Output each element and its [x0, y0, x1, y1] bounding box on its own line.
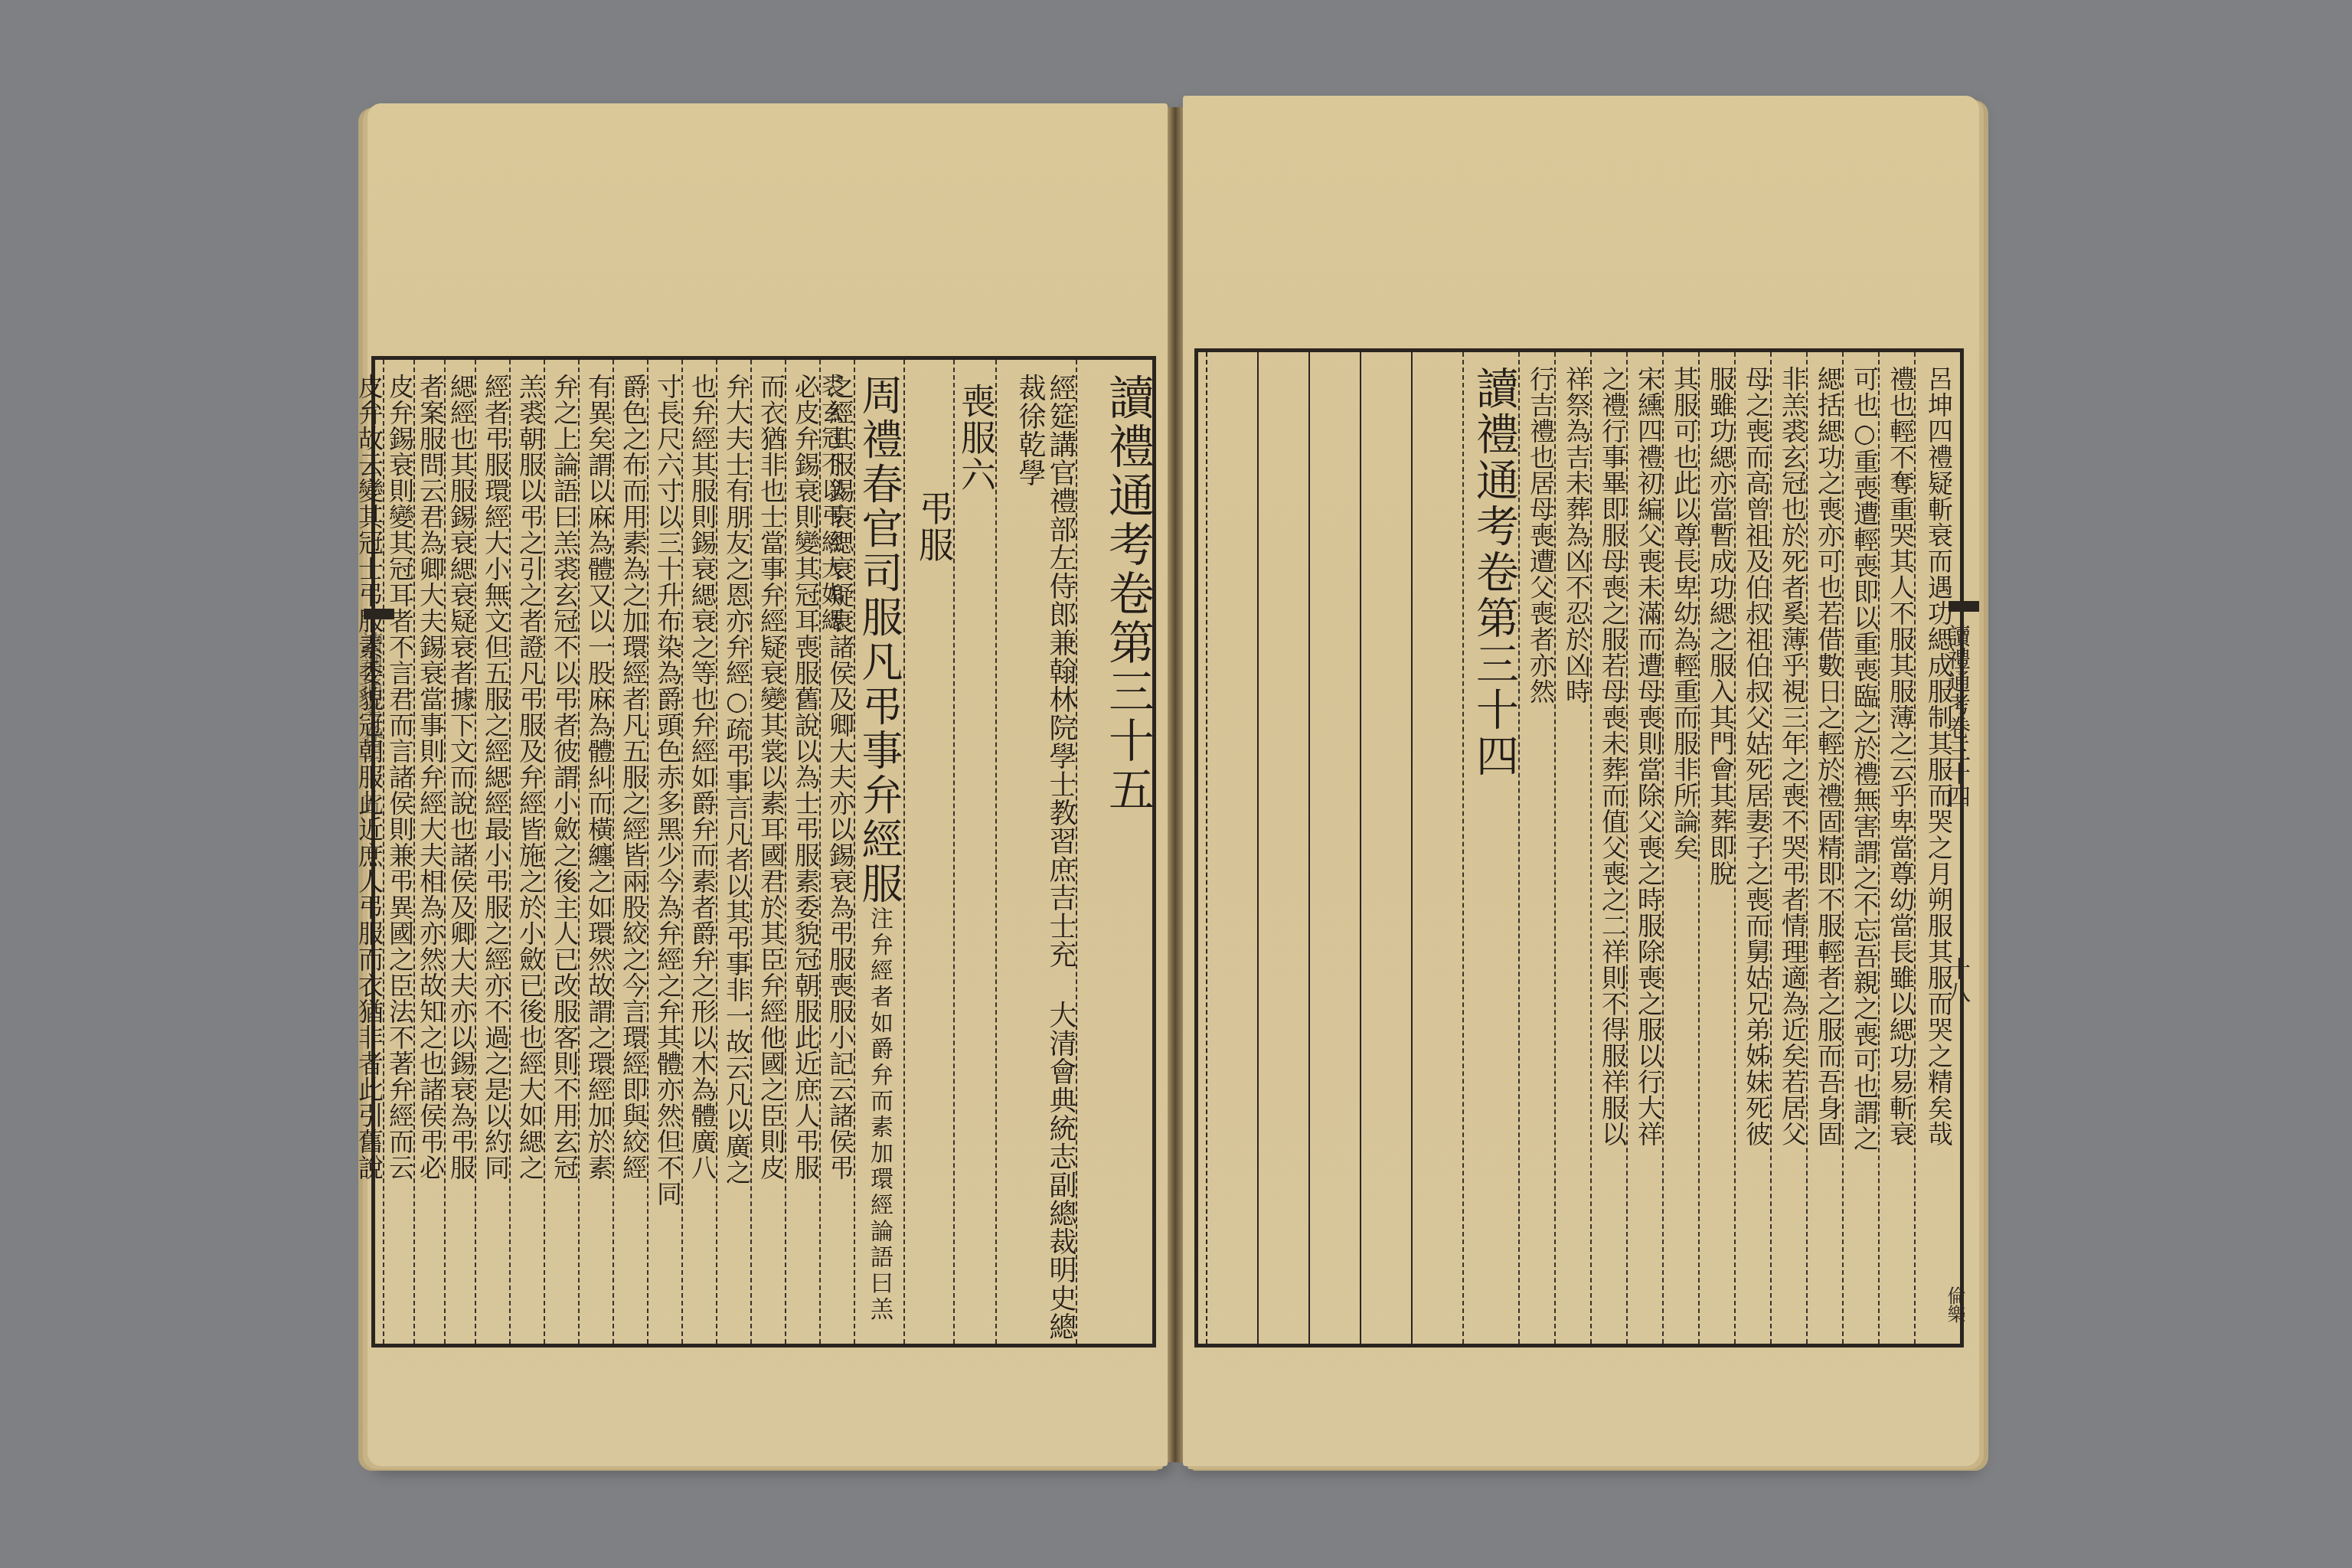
- text-column: 祥祭為吉未葬為凶不忍於凶時: [1554, 352, 1590, 1344]
- text-column: 服雖功緦亦當暫成功緦之服入其門會其葬即脫: [1698, 352, 1734, 1344]
- text-column: 皮弁故云變其冠士弔服素委貌冠朝服此近庶人弔服而衣猶非者此引舊說: [352, 360, 383, 1344]
- volume-title-35: 讀禮通考卷第三十五: [1076, 360, 1152, 1344]
- text-column: 宋纁四禮初編父喪未滿而遭母喪則當除父喪之時服除喪之服以行大祥: [1626, 352, 1662, 1344]
- text-column: 非羔裘玄冠也於死者奚薄乎視三年之喪不哭弔者情理適為近矣若居父: [1770, 352, 1806, 1344]
- text-column: 弁大夫士有朋友之恩亦弁經○疏弔事言凡者以其弔事非一故云凡以廣之: [716, 360, 750, 1344]
- text-column: 之禮行事畢即服母喪之服若母喪未葬而值父喪之二祥則不得服祥服以: [1590, 352, 1626, 1344]
- text-column: 呂坤四禮疑斬衰而遇功緦成服制其服而哭之月朔服其服而哭之精矣哉: [1914, 352, 1952, 1344]
- text-column: 禮也輕不奪重哭其人不服其服薄之云乎卑當尊幼當長雖以緦功易斬衰: [1878, 352, 1914, 1344]
- fishtail-mark: [1949, 601, 1979, 612]
- left-page: 讀禮通考卷第三十五 經筵講官禮部左侍郎兼翰林院學士教習庶吉士充 大清會典統志副總…: [367, 103, 1168, 1466]
- section-heading: 喪服六: [953, 360, 995, 1344]
- text-column: 爵色之布而用素為之加環經者凡五服之經皆兩股絞之今言環經即與絞經: [612, 360, 647, 1344]
- text-column: 可也○重喪遭輕喪即以重喪臨之於禮無害謂之不忘吾親之喪可也謂之: [1842, 352, 1878, 1344]
- right-page: 呂坤四禮疑斬衰而遇功緦成服制其服而哭之月朔服其服而哭之精矣哉 禮也輕不奪重哭其人…: [1183, 96, 1979, 1466]
- blank-column: [1308, 352, 1360, 1344]
- text-column: 之經其服錫衰緦衰疑衰諸侯及卿大夫亦以錫衰為弔服喪服小記云諸侯弔: [819, 360, 854, 1344]
- fold-margin-title: 讀禮通考卷三十四: [1945, 624, 1968, 808]
- fold-margin-page-number: 十八: [1945, 957, 1968, 1003]
- subsection-heading: 弔服: [903, 360, 953, 1344]
- blank-column: [1206, 352, 1257, 1344]
- text-column: 經者弔服環經大小無文但五服之經緦經最小弔服之經亦不過之是以約同: [475, 360, 509, 1344]
- text-column: 寸長尺六寸以三十升布染為爵頭色赤多黑少今為弁經之弁其體亦然但不同: [647, 360, 681, 1344]
- fold-margin-rule: [1960, 348, 1964, 1347]
- fold-margin-title: 讀禮通考卷三十五: [352, 632, 386, 815]
- fishtail-mark: [364, 609, 394, 619]
- main-entry: 周禮春官司服凡弔事弁經服注弁經者如爵弁而素加環經論語曰羔裘玄冠不以弔經大如緦: [854, 360, 903, 1344]
- text-column: 緦括緦功之喪亦可也若借數日之輕於禮固精即不服輕者之服而吾身固: [1806, 352, 1842, 1344]
- main-entry-text: 周禮春官司服凡弔事弁經服: [855, 374, 903, 906]
- text-column: 緦經也其服錫衰緦衰疑衰者據下文而說也諸侯及卿大夫亦以錫衰為弔服: [444, 360, 475, 1344]
- text-column: 皮弁錫衰則變其冠耳者不言君而言諸侯則兼弔異國之臣法不著弁經而云: [383, 360, 413, 1344]
- book-gutter: [1168, 107, 1183, 1462]
- fold-margin-bottom-mark: 倫樂: [1945, 1286, 1965, 1323]
- text-column: 有異矣謂以麻為體又以一股麻為體糾而橫纏之如環然故謂之環經加於素: [578, 360, 612, 1344]
- text-column: 母之喪而高曾祖及伯叔祖伯叔父姑死居妻子之喪而舅姑兄弟姊妹死彼: [1734, 352, 1770, 1344]
- text-column: 也弁經其服則錫衰緦衰之等也弁經如爵弁而素者爵弁之形以木為體廣八: [681, 360, 716, 1344]
- right-page-print-frame: 呂坤四禮疑斬衰而遇功緦成服制其服而哭之月朔服其服而哭之精矣哉 禮也輕不奪重哭其人…: [1194, 348, 1960, 1347]
- text-column: 弁之上論語曰羔裘玄冠不以弔者彼謂小斂之後主人已改服客則不用玄冠: [544, 360, 578, 1344]
- text-column: 其服可也此以尊長卑幼為輕重而服非所論矣: [1662, 352, 1698, 1344]
- text-column: 必皮弁錫衰則變其冠耳喪服舊說以為士弔服素委貌冠朝服此近庶人弔服: [785, 360, 819, 1344]
- blank-column: [1360, 352, 1411, 1344]
- left-page-print-frame: 讀禮通考卷第三十五 經筵講官禮部左侍郎兼翰林院學士教習庶吉士充 大清會典統志副總…: [371, 356, 1156, 1347]
- compiler-credit: 經筵講官禮部左侍郎兼翰林院學士教習庶吉士充 大清會典統志副總裁明史總裁徐乾學: [995, 360, 1076, 1344]
- volume-title-34: 讀禮通考卷第三十四: [1462, 352, 1518, 1344]
- blank-column: [1411, 352, 1462, 1344]
- blank-column: [1257, 352, 1308, 1344]
- text-column: 行吉禮也居母喪遭父喪者亦然: [1518, 352, 1554, 1344]
- text-column: 羔裘朝服以弔之引之者證凡弔服及弁經皆施之於小斂已後也經大如緦之: [509, 360, 544, 1344]
- text-column: 而衣猶非也士當事弁經疑衰變其裳以素耳國君於其臣弁經他國之臣則皮: [750, 360, 785, 1344]
- text-column: 者案服問云君為卿大夫錫衰當事則弁經大夫相為亦然故知之也諸侯弔必: [413, 360, 444, 1344]
